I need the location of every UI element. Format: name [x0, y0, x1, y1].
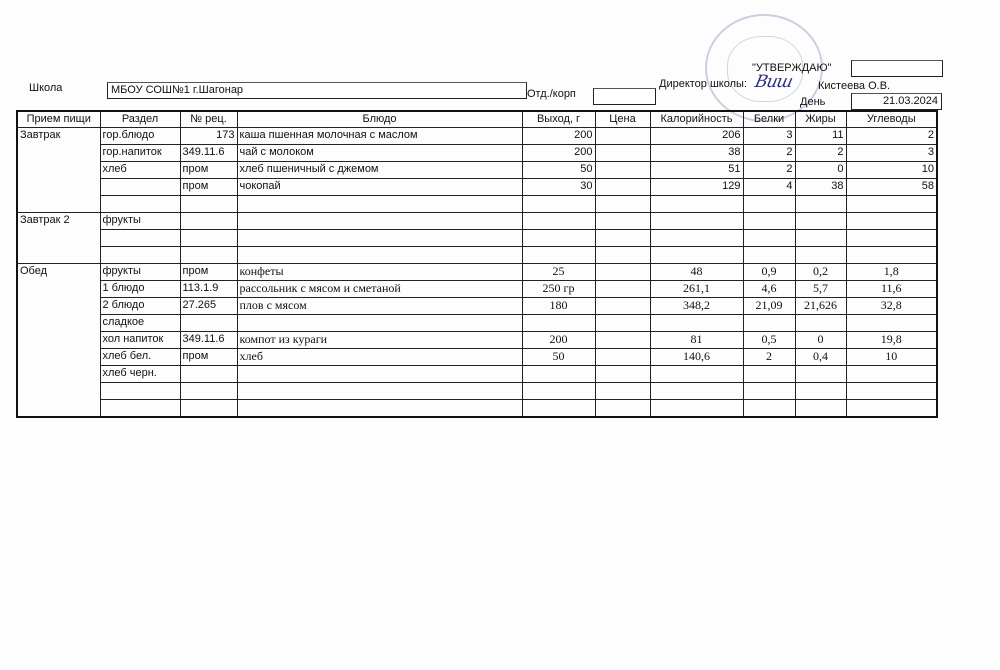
- carbs-cell: [846, 383, 937, 400]
- price-cell: [595, 128, 650, 145]
- carbs-cell: 3: [846, 145, 937, 162]
- section-cell: 2 блюдо: [100, 298, 180, 315]
- col-header-carbs: Углеводы: [846, 111, 937, 128]
- dish-cell: компот из кураги: [237, 332, 522, 349]
- section-cell: [100, 196, 180, 213]
- calories-cell: 48: [650, 264, 743, 281]
- recipe-cell: пром: [180, 349, 237, 366]
- yield-cell: [522, 230, 595, 247]
- dish-cell: [237, 213, 522, 230]
- fat-cell: [795, 315, 846, 332]
- calories-cell: [650, 383, 743, 400]
- calories-cell: [650, 400, 743, 418]
- price-cell: [595, 315, 650, 332]
- table-row: гор.напиток349.11.6чай с молоком20038223: [17, 145, 937, 162]
- protein-cell: [743, 213, 795, 230]
- recipe-cell: 349.11.6: [180, 145, 237, 162]
- protein-cell: 4: [743, 179, 795, 196]
- fat-cell: 5,7: [795, 281, 846, 298]
- fat-cell: [795, 383, 846, 400]
- table-row: Обедфруктыпромконфеты25480,90,21,8: [17, 264, 937, 281]
- table-row: хлебпромхлеб пшеничный с джемом50512010: [17, 162, 937, 179]
- dish-cell: чокопай: [237, 179, 522, 196]
- col-header-yield: Выход, г: [522, 111, 595, 128]
- price-cell: [595, 400, 650, 418]
- protein-cell: 2: [743, 349, 795, 366]
- protein-cell: 2: [743, 162, 795, 179]
- dish-cell: плов с мясом: [237, 298, 522, 315]
- recipe-cell: 113.1.9: [180, 281, 237, 298]
- calories-cell: [650, 366, 743, 383]
- protein-cell: 2: [743, 145, 795, 162]
- col-header-recipe: № рец.: [180, 111, 237, 128]
- fat-cell: [795, 247, 846, 264]
- recipe-cell: пром: [180, 179, 237, 196]
- fat-cell: 21,626: [795, 298, 846, 315]
- carbs-cell: [846, 196, 937, 213]
- dish-cell: хлеб: [237, 349, 522, 366]
- price-cell: [595, 179, 650, 196]
- yield-cell: [522, 400, 595, 418]
- dish-cell: [237, 247, 522, 264]
- dish-cell: [237, 315, 522, 332]
- carbs-cell: [846, 366, 937, 383]
- calories-cell: [650, 247, 743, 264]
- carbs-cell: 58: [846, 179, 937, 196]
- menu-table: Прием пищи Раздел № рец. Блюдо Выход, г …: [16, 110, 938, 418]
- recipe-cell: [180, 383, 237, 400]
- yield-cell: [522, 247, 595, 264]
- calories-cell: 51: [650, 162, 743, 179]
- dept-field[interactable]: [593, 88, 656, 105]
- calories-cell: [650, 196, 743, 213]
- dish-cell: рассольник с мясом и сметаной: [237, 281, 522, 298]
- carbs-cell: 11,6: [846, 281, 937, 298]
- meal-cell: Завтрак 2: [17, 213, 100, 264]
- approve-box: [851, 60, 943, 77]
- table-row: [17, 247, 937, 264]
- calories-cell: 38: [650, 145, 743, 162]
- recipe-cell: пром: [180, 264, 237, 281]
- calories-cell: 81: [650, 332, 743, 349]
- dish-cell: [237, 196, 522, 213]
- col-header-dish: Блюдо: [237, 111, 522, 128]
- section-cell: хлеб бел.: [100, 349, 180, 366]
- calories-cell: [650, 230, 743, 247]
- table-row: [17, 400, 937, 418]
- recipe-cell: [180, 230, 237, 247]
- recipe-cell: 27.265: [180, 298, 237, 315]
- yield-cell: 25: [522, 264, 595, 281]
- carbs-cell: 32,8: [846, 298, 937, 315]
- price-cell: [595, 247, 650, 264]
- fat-cell: 2: [795, 145, 846, 162]
- protein-cell: 0,5: [743, 332, 795, 349]
- dish-cell: чай с молоком: [237, 145, 522, 162]
- director-name: Кистеева О.В.: [818, 80, 890, 92]
- carbs-cell: [846, 400, 937, 418]
- col-header-fat: Жиры: [795, 111, 846, 128]
- table-row: 1 блюдо113.1.9рассольник с мясом и смета…: [17, 281, 937, 298]
- price-cell: [595, 281, 650, 298]
- protein-cell: [743, 315, 795, 332]
- meal-cell: Обед: [17, 264, 100, 418]
- director-signature: Виш: [753, 72, 820, 94]
- calories-cell: 348,2: [650, 298, 743, 315]
- protein-cell: 21,09: [743, 298, 795, 315]
- calories-cell: 129: [650, 179, 743, 196]
- recipe-cell: [180, 400, 237, 418]
- fat-cell: 0: [795, 162, 846, 179]
- fat-cell: [795, 213, 846, 230]
- table-row: Завтрак 2фрукты: [17, 213, 937, 230]
- fat-cell: [795, 400, 846, 418]
- menu-body: Завтракгор.блюдо173каша пшенная молочная…: [17, 128, 937, 418]
- section-cell: фрукты: [100, 213, 180, 230]
- table-row: [17, 383, 937, 400]
- recipe-cell: [180, 213, 237, 230]
- yield-cell: 30: [522, 179, 595, 196]
- dish-cell: каша пшенная молочная с маслом: [237, 128, 522, 145]
- school-field[interactable]: МБОУ СОШ№1 г.Шагонар: [107, 82, 527, 99]
- dish-cell: [237, 230, 522, 247]
- recipe-cell: 173: [180, 128, 237, 145]
- section-cell: хлеб: [100, 162, 180, 179]
- price-cell: [595, 230, 650, 247]
- section-cell: [100, 179, 180, 196]
- table-row: [17, 230, 937, 247]
- yield-cell: 200: [522, 145, 595, 162]
- section-cell: хол напиток: [100, 332, 180, 349]
- protein-cell: 4,6: [743, 281, 795, 298]
- dept-label: Отд./корп: [527, 88, 576, 100]
- day-field[interactable]: 21.03.2024: [851, 93, 942, 110]
- protein-cell: [743, 366, 795, 383]
- col-header-meal: Прием пищи: [17, 111, 100, 128]
- table-row: 2 блюдо27.265плов с мясом180348,221,0921…: [17, 298, 937, 315]
- section-cell: [100, 383, 180, 400]
- section-cell: [100, 247, 180, 264]
- price-cell: [595, 213, 650, 230]
- table-row: [17, 196, 937, 213]
- section-cell: сладкое: [100, 315, 180, 332]
- meal-cell: Завтрак: [17, 128, 100, 213]
- fat-cell: 11: [795, 128, 846, 145]
- fat-cell: [795, 230, 846, 247]
- recipe-cell: [180, 366, 237, 383]
- calories-cell: [650, 315, 743, 332]
- table-row: хлеб бел.промхлеб50140,620,410: [17, 349, 937, 366]
- section-cell: хлеб черн.: [100, 366, 180, 383]
- yield-cell: [522, 383, 595, 400]
- protein-cell: 0,9: [743, 264, 795, 281]
- section-cell: [100, 400, 180, 418]
- section-cell: фрукты: [100, 264, 180, 281]
- section-cell: гор.блюдо: [100, 128, 180, 145]
- col-header-protein: Белки: [743, 111, 795, 128]
- yield-cell: 250 гр: [522, 281, 595, 298]
- carbs-cell: [846, 230, 937, 247]
- fat-cell: 0,2: [795, 264, 846, 281]
- recipe-cell: [180, 196, 237, 213]
- section-cell: 1 блюдо: [100, 281, 180, 298]
- yield-cell: [522, 196, 595, 213]
- yield-cell: 200: [522, 128, 595, 145]
- carbs-cell: [846, 247, 937, 264]
- price-cell: [595, 349, 650, 366]
- yield-cell: 180: [522, 298, 595, 315]
- dish-cell: [237, 383, 522, 400]
- price-cell: [595, 332, 650, 349]
- table-row: сладкое: [17, 315, 937, 332]
- carbs-cell: [846, 315, 937, 332]
- carbs-cell: 10: [846, 349, 937, 366]
- table-row: промчокопай3012943858: [17, 179, 937, 196]
- protein-cell: [743, 247, 795, 264]
- fat-cell: 0: [795, 332, 846, 349]
- col-header-calories: Калорийность: [650, 111, 743, 128]
- yield-cell: 50: [522, 162, 595, 179]
- price-cell: [595, 196, 650, 213]
- calories-cell: 261,1: [650, 281, 743, 298]
- protein-cell: [743, 230, 795, 247]
- day-label: День: [800, 96, 825, 108]
- col-header-price: Цена: [595, 111, 650, 128]
- carbs-cell: 2: [846, 128, 937, 145]
- dish-cell: хлеб пшеничный с джемом: [237, 162, 522, 179]
- yield-cell: [522, 315, 595, 332]
- price-cell: [595, 366, 650, 383]
- carbs-cell: [846, 213, 937, 230]
- table-row: хол напиток349.11.6компот из кураги20081…: [17, 332, 937, 349]
- carbs-cell: 10: [846, 162, 937, 179]
- price-cell: [595, 145, 650, 162]
- yield-cell: [522, 213, 595, 230]
- yield-cell: 200: [522, 332, 595, 349]
- protein-cell: 3: [743, 128, 795, 145]
- table-row: Завтракгор.блюдо173каша пшенная молочная…: [17, 128, 937, 145]
- yield-cell: [522, 366, 595, 383]
- dish-cell: конфеты: [237, 264, 522, 281]
- price-cell: [595, 264, 650, 281]
- calories-cell: 140,6: [650, 349, 743, 366]
- director-label: Директор школы:: [659, 78, 747, 90]
- price-cell: [595, 298, 650, 315]
- protein-cell: [743, 196, 795, 213]
- recipe-cell: [180, 247, 237, 264]
- recipe-cell: [180, 315, 237, 332]
- section-cell: гор.напиток: [100, 145, 180, 162]
- carbs-cell: 1,8: [846, 264, 937, 281]
- protein-cell: [743, 383, 795, 400]
- col-header-section: Раздел: [100, 111, 180, 128]
- section-cell: [100, 230, 180, 247]
- table-header-row: Прием пищи Раздел № рец. Блюдо Выход, г …: [17, 111, 937, 128]
- dish-cell: [237, 400, 522, 418]
- dish-cell: [237, 366, 522, 383]
- fat-cell: 0,4: [795, 349, 846, 366]
- fat-cell: [795, 196, 846, 213]
- table-row: хлеб черн.: [17, 366, 937, 383]
- protein-cell: [743, 400, 795, 418]
- calories-cell: [650, 213, 743, 230]
- fat-cell: [795, 366, 846, 383]
- price-cell: [595, 383, 650, 400]
- carbs-cell: 19,8: [846, 332, 937, 349]
- recipe-cell: 349.11.6: [180, 332, 237, 349]
- fat-cell: 38: [795, 179, 846, 196]
- price-cell: [595, 162, 650, 179]
- recipe-cell: пром: [180, 162, 237, 179]
- yield-cell: 50: [522, 349, 595, 366]
- calories-cell: 206: [650, 128, 743, 145]
- school-label: Школа: [29, 82, 62, 94]
